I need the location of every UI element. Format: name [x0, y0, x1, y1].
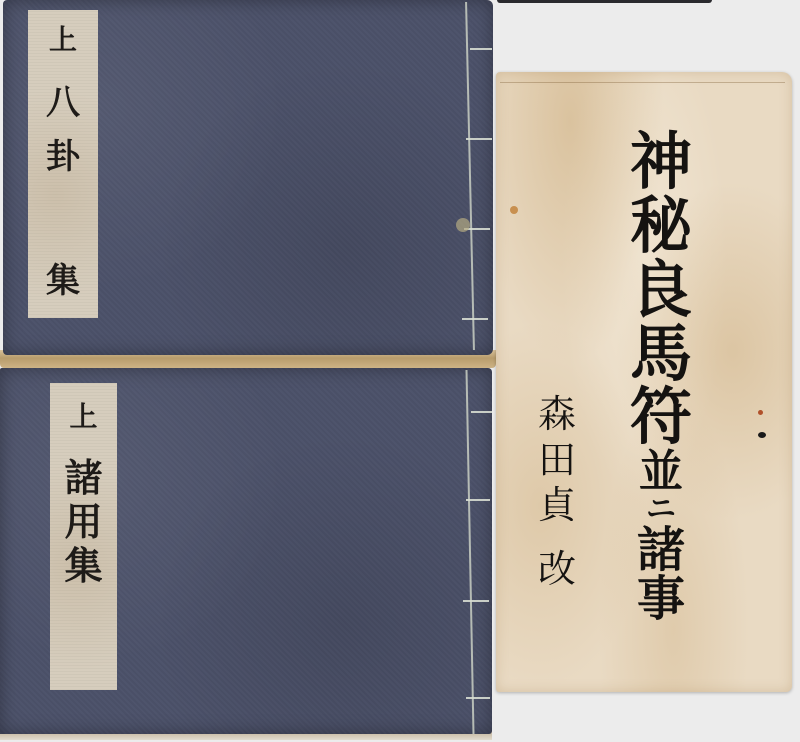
binding-stitch — [462, 318, 488, 320]
title-char: 卦 — [46, 140, 80, 174]
title-char: 符 — [630, 385, 692, 449]
author-char: 改 — [538, 547, 576, 593]
title-char: 良 — [630, 258, 692, 322]
title-char: 八 — [46, 86, 80, 120]
title-char: 秘 — [630, 194, 692, 258]
binding-stitch — [466, 697, 490, 699]
ink-spot — [758, 410, 763, 415]
book-shinpi-ryoba-fu: 神 秘 良 馬 符 並 ニ 諸 事 森 田 貞 改 — [496, 72, 792, 692]
binding-stitch — [470, 48, 492, 50]
title-char: 神 — [630, 130, 692, 194]
title-char: 馬 — [630, 322, 692, 386]
title-char: 諸 — [637, 526, 685, 575]
title-char: ニ — [646, 495, 676, 526]
title-char: 事 — [637, 575, 685, 624]
manuscript-top-edge — [500, 72, 785, 83]
title-char: 諸 — [64, 459, 102, 497]
volume-mark: 上 — [49, 26, 77, 54]
book-hakke-shu: 上 八 卦 集 — [3, 0, 493, 355]
manuscript-author: 森 田 貞 改 — [532, 392, 582, 592]
photo-scene: 上 八 卦 集 上 諸 用 集 神 秘 良 馬 符 並 ニ — [0, 0, 800, 742]
book-shoyo-shu: 上 諸 用 集 — [0, 368, 492, 734]
author-char: 貞 — [538, 483, 576, 529]
title-slip-hakke-shu: 上 八 卦 集 — [28, 10, 98, 318]
title-char: 集 — [46, 264, 80, 298]
author-char: 田 — [538, 438, 576, 484]
dark-object-edge — [497, 0, 712, 3]
thread-knot — [456, 218, 470, 232]
manuscript-title: 神 秘 良 馬 符 並 ニ 諸 事 — [616, 130, 706, 624]
title-char: 並 — [639, 449, 683, 494]
ink-spot — [758, 432, 766, 438]
volume-mark: 上 — [69, 403, 97, 431]
binding-stitch — [463, 600, 489, 602]
title-char: 集 — [64, 547, 102, 585]
binding-stitch — [466, 138, 492, 140]
binding-stitch — [471, 411, 492, 413]
title-char: 用 — [64, 503, 102, 541]
title-slip-shoyo-shu: 上 諸 用 集 — [50, 383, 117, 690]
binding-stitch — [466, 499, 490, 501]
author-char: 森 — [538, 392, 576, 438]
ink-spot — [510, 206, 518, 214]
